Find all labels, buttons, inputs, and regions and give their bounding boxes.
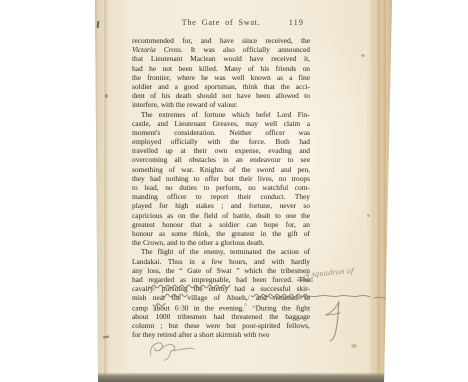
text-line: manding officer to report their conduct.… bbox=[132, 192, 310, 201]
text-line: The flight of the enemy, terminated the … bbox=[132, 247, 310, 256]
text-line: castle, and Lieutenant Greaves, may well… bbox=[132, 119, 310, 128]
text-line: for they retired after a short skirmish … bbox=[132, 330, 310, 339]
page-number: 119 bbox=[289, 18, 304, 27]
text-line: recommended for, and have since received… bbox=[132, 36, 310, 45]
text-line: dent of his death should not have been a… bbox=[132, 91, 310, 100]
foxing-speck bbox=[105, 94, 108, 98]
text-line: something of war. Knights of the sword a… bbox=[132, 165, 310, 174]
text-line: the frontier, where he was well known as… bbox=[132, 73, 310, 82]
text-line: that Lieutenant Maclean would have recei… bbox=[132, 54, 310, 63]
book-page: The Gate of Swat. 119 recommended for, a… bbox=[95, 0, 392, 382]
text-line: honour as some think, the greatest in th… bbox=[132, 229, 310, 238]
pencil-initials-scribble bbox=[146, 340, 196, 366]
text-line: had he not been killed. Many of his frie… bbox=[132, 64, 310, 73]
text-line: to lead, no duties to perform, no watchf… bbox=[132, 183, 310, 192]
text-line: interfere, with the reward of valour. bbox=[132, 100, 310, 109]
text-line: about 1000 tribesmen had threatened the … bbox=[132, 312, 310, 321]
foxing-speck bbox=[361, 54, 365, 57]
paragraph: recommended for, and have since received… bbox=[132, 36, 310, 110]
text-line: Landakai. Thus in a few hours, and with … bbox=[132, 257, 310, 266]
paragraph: The extremes of fortune which befel Lord… bbox=[132, 110, 310, 248]
text-line: greatest honour that a soldier can hope … bbox=[132, 220, 310, 229]
page-edge-stack bbox=[365, 0, 392, 382]
text-line: the Crown, and to the other a glorious d… bbox=[132, 238, 310, 247]
text-line: they had nothing to offer but their live… bbox=[132, 174, 310, 183]
page-header: The Gate of Swat. 119 bbox=[132, 18, 310, 27]
text-line: played for high stakes ; and fortune, ne… bbox=[132, 201, 310, 210]
text-line: column ; but these were but poor-spirite… bbox=[132, 321, 310, 330]
paragraph: The flight of the enemy, terminated the … bbox=[132, 247, 310, 339]
foxing-speck bbox=[367, 214, 370, 217]
page-title: The Gate of Swat. bbox=[182, 18, 261, 27]
foxing-speck bbox=[351, 344, 357, 348]
text-line: Victoria Cross. It was also officially a… bbox=[132, 45, 310, 54]
pencil-numeral-4 bbox=[323, 300, 345, 344]
text-line: moment's consideration. Neither officer … bbox=[132, 128, 310, 137]
text-line: soldier and a good sportsman, think that… bbox=[132, 82, 310, 91]
text-line: overcoming all obstacles in an endeavour… bbox=[132, 155, 310, 164]
binding-crease bbox=[95, 0, 115, 382]
text-line: had regarded as impregnable, had been fo… bbox=[132, 275, 310, 284]
page-bottom-shadow bbox=[95, 373, 391, 382]
text-line: The extremes of fortune which befel Lord… bbox=[132, 110, 310, 119]
text-line: mish near the village of Abueh,/ and ret… bbox=[132, 293, 310, 302]
text-line: any loss, the “ Gate of Swat ” which the… bbox=[132, 266, 310, 275]
text-line: cavalry/ pursuing the enemy had a succes… bbox=[132, 284, 310, 293]
margin-note-handwriting: A squadron of bbox=[304, 262, 404, 280]
text-line: travelled up at their own expense, evadi… bbox=[132, 146, 310, 155]
body-text: recommended for, and have since received… bbox=[132, 36, 310, 339]
text-line: capricious as on the field of battle, de… bbox=[132, 211, 310, 220]
text-line: camp about 6·30 in the evening.^ “During… bbox=[132, 302, 310, 311]
text-line: employed officially with the force. Both… bbox=[132, 137, 310, 146]
scan-background: { "page": { "paper_color": "#f2ebd9", "h… bbox=[0, 0, 468, 382]
